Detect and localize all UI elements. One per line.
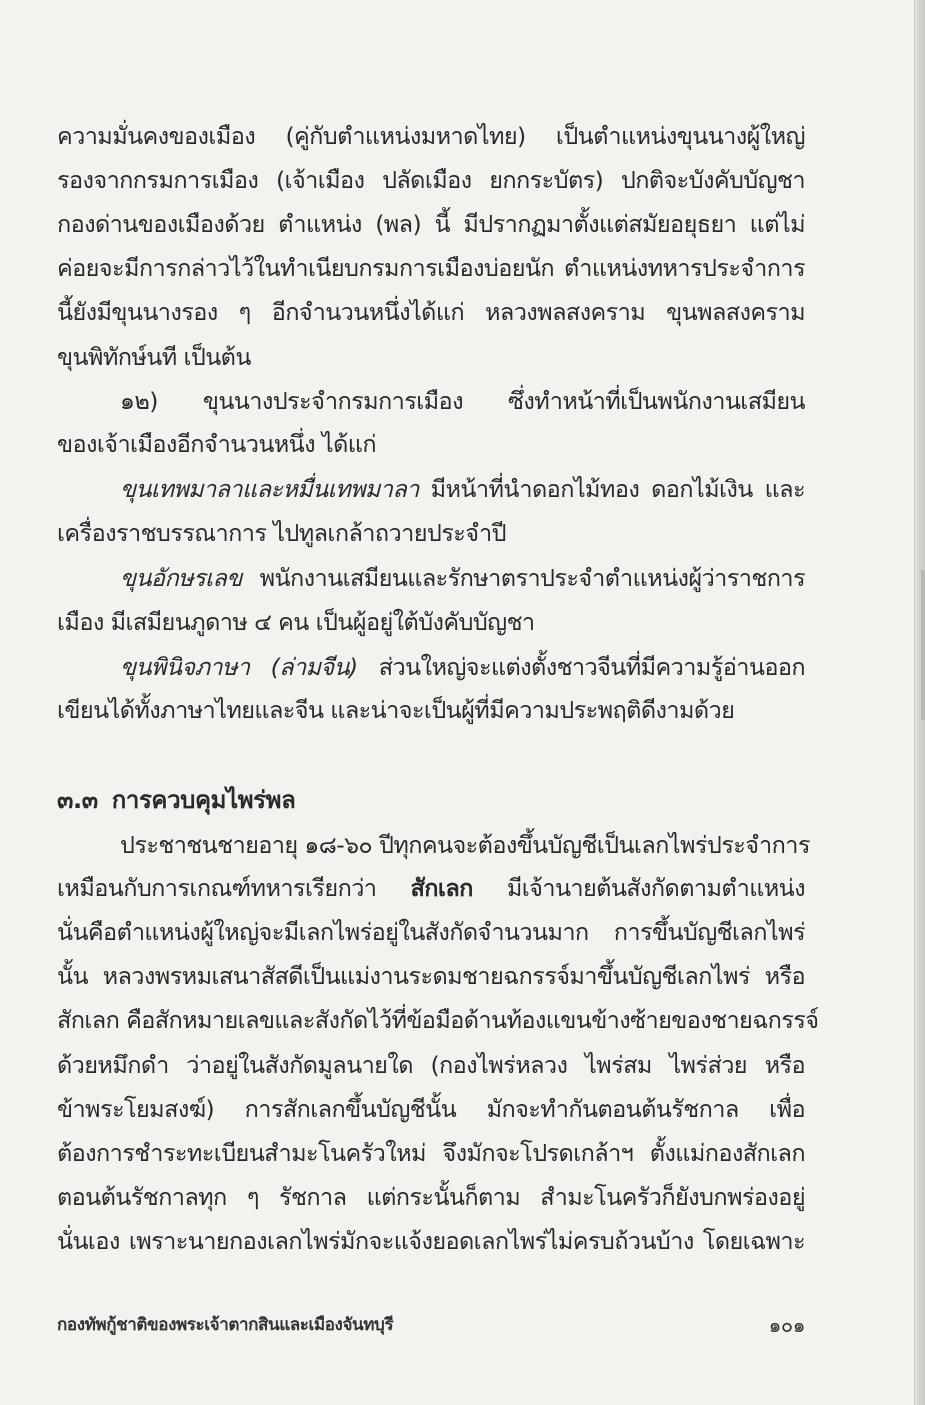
text-line: นั่นเอง เพราะนายกองเลกไพร่มักจะแจ้งยอดเล… (57, 1219, 805, 1263)
text-line: ต้องการชำระทะเบียนสำมะโนครัวใหม่ จึงมักจ… (57, 1131, 805, 1175)
official-line: ขุนพินิจภาษา (ล่ามจีน) ส่วนใหญ่จะแต่งตั้… (120, 645, 805, 689)
official-description: มีหน้าที่นำดอกไม้ทอง ดอกไม้เงิน และ (419, 475, 805, 503)
list-item-number: ๑๒) (120, 387, 158, 415)
section-number: ๓.๓ (57, 786, 98, 814)
official-line: ขุนเทพมาลาและหมื่นเทพมาลา มีหน้าที่นำดอก… (120, 467, 805, 511)
text-line: ขุนพิทักษ์นที เป็นต้น (57, 335, 805, 379)
official-line: เมือง มีเสมียนภูดาษ ๔ คน เป็นผู้อยู่ใต้บ… (57, 600, 805, 644)
official-line: เครื่องราชบรรณาการ ไปทูลเกล้าถวายประจำปี (57, 511, 805, 555)
text-span: มีเจ้านายต้นสังกัดตามตำแหน่ง (473, 874, 805, 902)
text-line: ตอนต้นรัชกาลทุก ๆ รัชกาล แต่กระนั้นก็ตาม… (57, 1175, 805, 1219)
list-item-text: ขุนนางประจำกรมการเมือง ซึ่งทำหน้าที่เป็น… (203, 387, 805, 415)
text-span: เหมือนกับการเกณฑ์ทหารเรียกว่า (57, 874, 411, 902)
book-title: กองทัพกู้ชาติของพระเจ้าตากสินและเมืองจัน… (57, 1310, 393, 1340)
section-title: การควบคุมไพร่พล (112, 786, 296, 814)
list-item-line: ของเจ้าเมืองอีกจำนวนหนึ่ง ได้แก่ (57, 422, 805, 466)
text-line: นี้ยังมีขุนนางรอง ๆ อีกจำนวนหนึ่งได้แก่ … (57, 290, 805, 334)
text-line: กองด่านของเมืองด้วย ตำแหน่ง (พล) นี้ มีป… (57, 202, 805, 246)
text-line: สักเลก คือสักหมายเลขและสังกัดไว้ที่ข้อมื… (57, 998, 805, 1042)
text-line: ความมั่นคงของเมือง (คู่กับตำแหน่งมหาดไทย… (57, 114, 805, 158)
section-heading: ๓.๓การควบคุมไพร่พล (57, 778, 295, 822)
text-line: ข้าพระโยมสงฆ์) การสักเลกขึ้นบัญชีนั้น มั… (57, 1087, 805, 1131)
official-title: ขุนอักษรเลข (120, 564, 242, 592)
text-line: เหมือนกับการเกณฑ์ทหารเรียกว่า สักเลก มีเ… (57, 866, 805, 910)
page-footer: กองทัพกู้ชาติของพระเจ้าตากสินและเมืองจัน… (57, 1310, 805, 1340)
official-description: พนักงานเสมียนและรักษาตราประจำตำแหน่งผู้ว… (242, 564, 805, 592)
official-line: ขุนอักษรเลข พนักงานเสมียนและรักษาตราประจ… (120, 556, 805, 600)
official-title: ขุนเทพมาลาและหมื่นเทพมาลา (120, 475, 419, 503)
page-number: ๑๐๑ (769, 1310, 805, 1340)
list-item-line: ๑๒) ขุนนางประจำกรมการเมือง ซึ่งทำหน้าที่… (120, 379, 805, 423)
official-description: ส่วนใหญ่จะแต่งตั้งชาวจีนที่มีความรู้อ่าน… (358, 653, 805, 681)
text-line: ค่อยจะมีการกล่าวไว้ในทำเนียบกรมการเมืองบ… (57, 246, 805, 290)
text-line: รองจากกรมการเมือง (เจ้าเมือง ปลัดเมือง ย… (57, 158, 805, 202)
text-line: ด้วยหมึกดำ ว่าอยู่ในสังกัดมูลนายใด (กองไ… (57, 1043, 805, 1087)
official-title: ขุนพินิจภาษา (ล่ามจีน) (120, 653, 358, 681)
term-saklek: สักเลก (411, 874, 473, 902)
page-edge-mark (921, 570, 925, 720)
text-line: นั่นคือตำแหน่งผู้ใหญ่จะมีเลกไพร่อยู่ในสั… (57, 910, 805, 954)
text-line: นั้น หลวงพรหมเสนาสัสดีเป็นแม่งานระดมชายฉ… (57, 954, 805, 998)
official-line: เขียนได้ทั้งภาษาไทยและจีน และน่าจะเป็นผู… (57, 688, 805, 732)
text-line: ประชาชนชายอายุ ๑๘-๖๐ ปีทุกคนจะต้องขึ้นบั… (120, 823, 805, 867)
